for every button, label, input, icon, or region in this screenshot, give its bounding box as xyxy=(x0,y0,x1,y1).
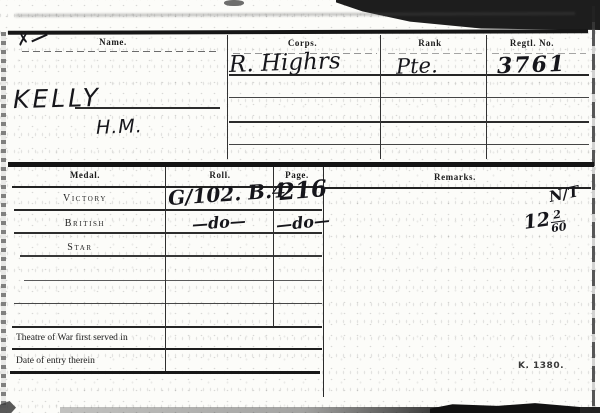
regtl-no-entry: 3761 xyxy=(497,53,567,77)
divider-medal-roll xyxy=(165,167,166,371)
remarks-note-fraction: 2 60 xyxy=(549,208,568,234)
british-roll-ditto: —do— xyxy=(192,213,247,233)
handwritten-x-mark: ✗ xyxy=(16,31,32,49)
section-divider-border xyxy=(8,162,594,167)
grid-line xyxy=(12,326,322,328)
column-header-regtl-no: Regtl. No. xyxy=(484,38,580,48)
grid-line xyxy=(14,303,322,304)
column-header-name: Name. xyxy=(58,37,168,47)
card-top-border xyxy=(8,29,588,35)
grid-line xyxy=(14,232,322,234)
surname-entry: KELLY xyxy=(13,85,102,112)
divider-corps-rank xyxy=(380,35,381,159)
remarks-note-top: N/T xyxy=(548,184,581,205)
initials-entry: H.M. xyxy=(96,117,143,138)
scan-edge-left xyxy=(1,32,6,408)
grid-line xyxy=(24,280,322,281)
grid-line xyxy=(229,121,589,123)
medal-row-star: Star xyxy=(30,242,130,253)
victory-roll-entry: G/102. B.4 xyxy=(167,180,286,208)
medal-row-victory: Victory xyxy=(35,193,135,204)
table-header-medal: Medal. xyxy=(35,170,135,180)
column-header-rank: Rank xyxy=(385,38,475,48)
scan-dark-blob-bottom-right xyxy=(430,402,580,413)
column-header-corps: Corps. xyxy=(250,38,355,48)
theatre-of-war-label: Theatre of War first served in xyxy=(16,333,128,343)
form-reference: K. 1380. xyxy=(518,361,564,371)
grid-line xyxy=(12,348,322,350)
victory-page-entry: 216 xyxy=(278,177,328,204)
grid-line xyxy=(229,97,589,98)
date-of-entry-label: Date of entry therein xyxy=(16,356,95,366)
handwritten-x-tick-stroke xyxy=(31,34,47,43)
table-header-remarks: Remarks. xyxy=(405,172,505,182)
remarks-note-whole: 12 xyxy=(522,208,551,233)
remarks-note-number: 12 2 60 xyxy=(523,208,568,238)
grid-line xyxy=(229,144,589,145)
medal-row-british: British xyxy=(35,218,135,229)
card-bottom-border xyxy=(10,371,320,374)
remarks-note-fraction-denominator: 60 xyxy=(550,221,567,235)
grid-line xyxy=(20,255,322,257)
rank-entry: Pte. xyxy=(396,55,438,77)
name-header-underline xyxy=(22,51,218,52)
medal-index-card-scan: Name. Corps. Rank Regtl. No. Medal. Roll… xyxy=(0,0,600,413)
scan-edge-right xyxy=(592,6,595,410)
scan-smudge-top xyxy=(224,0,244,6)
divider-rank-regtl xyxy=(486,35,487,159)
corps-entry: R. Highrs xyxy=(229,50,341,77)
